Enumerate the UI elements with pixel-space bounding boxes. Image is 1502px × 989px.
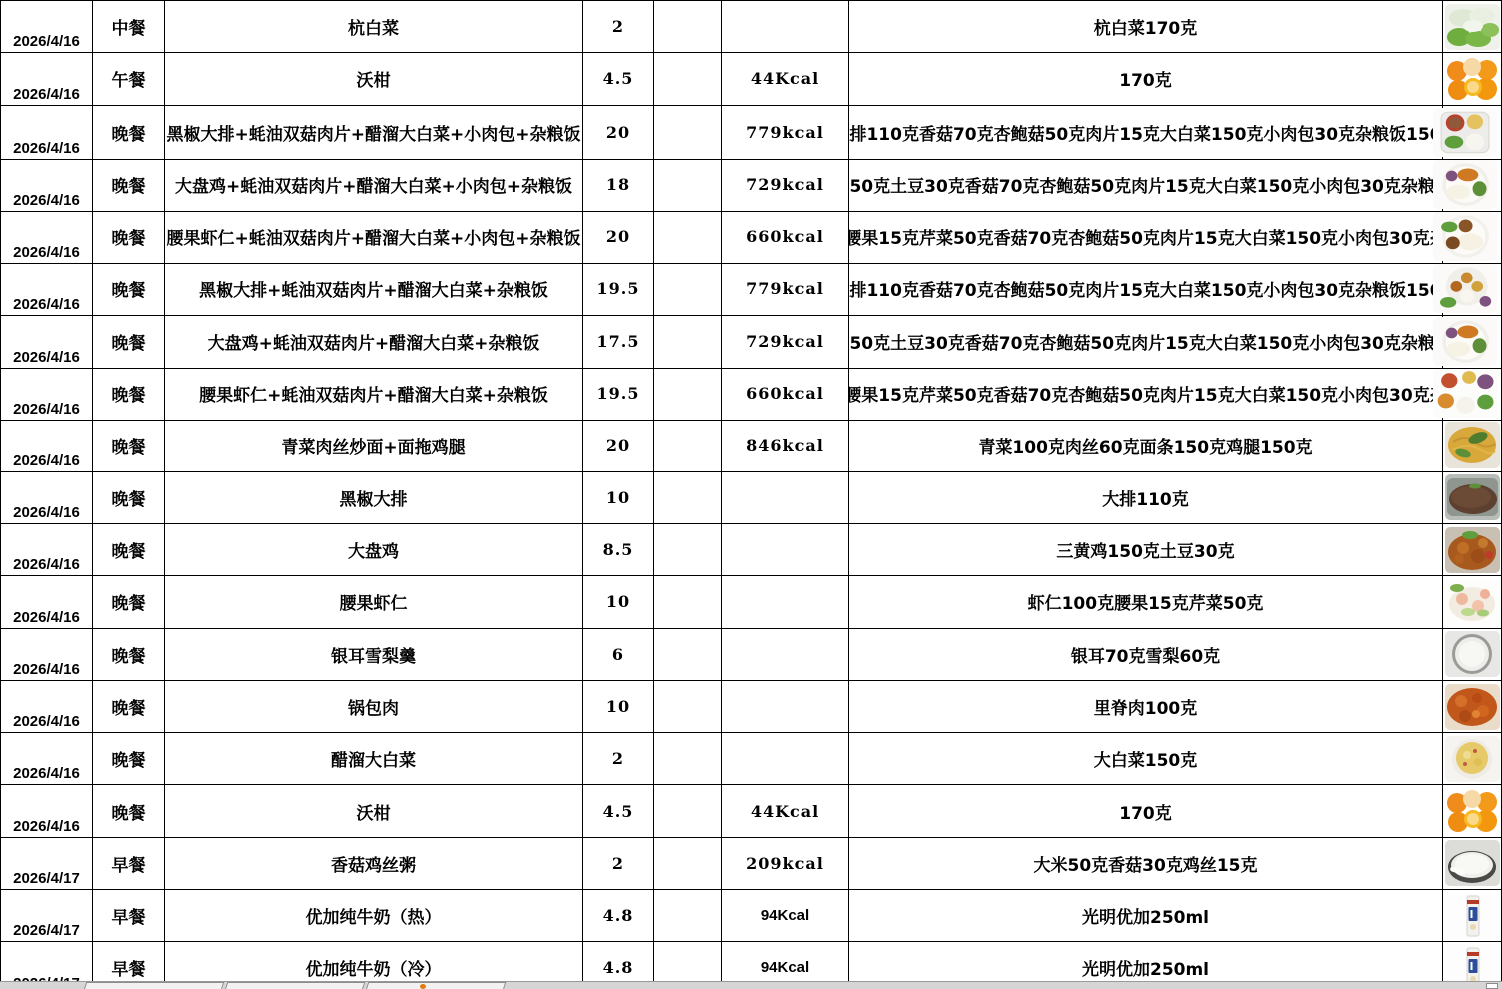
price-text: 4.5 xyxy=(603,69,634,88)
calories-cell[interactable]: 209kcal xyxy=(722,838,849,890)
ingredients-text: 大白菜150克 xyxy=(1094,746,1198,771)
photo-cell[interactable] xyxy=(1443,210,1502,264)
ingredients-cell[interactable]: 里脊肉100克 xyxy=(849,681,1443,733)
ingredients-text: 三黄鸡150克土豆30克香菇70克杏鲍菇50克肉片15克大白菜150克小肉包30… xyxy=(849,172,1443,197)
meal-type-text: 早餐 xyxy=(112,903,146,928)
ingredients-text: 大排110克 xyxy=(1102,485,1189,510)
photo-cell[interactable] xyxy=(1443,890,1502,942)
date-text: 2026/4/16 xyxy=(13,349,80,366)
ingredients-cell[interactable]: 虾仁100克腰果15克芹菜50克香菇70克杏鲍菇50克肉片15克大白菜150克小… xyxy=(849,210,1443,264)
calories-cell[interactable] xyxy=(722,733,849,785)
date-cell[interactable]: 2026/4/16 xyxy=(1,785,93,837)
price-cell[interactable]: 19.5 xyxy=(583,262,654,316)
photo-cell[interactable] xyxy=(1443,838,1502,890)
dish-name-cell[interactable]: 大盘鸡 xyxy=(165,524,583,576)
price-cell[interactable]: 2 xyxy=(583,733,654,785)
table-row: 2026/4/16 午餐 沃柑 4.5 44Kcal 170克 xyxy=(1,53,1502,105)
price-text: 4.5 xyxy=(603,802,634,821)
meal-type-text: 早餐 xyxy=(112,851,146,876)
meal-type-text: 晚餐 xyxy=(112,329,146,354)
date-cell[interactable]: 2026/4/16 xyxy=(1,210,93,264)
empty-cell[interactable] xyxy=(654,315,722,369)
ingredients-text: 里脊肉100克 xyxy=(1094,694,1198,719)
photo-cell[interactable] xyxy=(1443,53,1502,105)
calories-cell[interactable]: 660kcal xyxy=(722,210,849,264)
table-row: 2026/4/17 早餐 香菇鸡丝粥 2 209kcal 大米50克香菇30克鸡… xyxy=(1,838,1502,890)
sheet-tab[interactable] xyxy=(84,982,225,989)
table-row: 2026/4/16 晚餐 大盘鸡 8.5 三黄鸡150克土豆30克 xyxy=(1,524,1502,576)
date-text: 2026/4/16 xyxy=(13,765,80,782)
ingredients-cell[interactable]: 虾仁100克腰果15克芹菜50克香菇70克杏鲍菇50克肉片15克大白菜150克小… xyxy=(849,367,1443,421)
meal-type-text: 晚餐 xyxy=(112,276,146,301)
dish-name-text: 醋溜大白菜 xyxy=(331,746,416,771)
meal-type-cell[interactable]: 晚餐 xyxy=(93,681,165,733)
photo-cell[interactable] xyxy=(1443,681,1502,733)
dish-name-text: 优加纯牛奶（冷） xyxy=(306,955,442,980)
meal-type-text: 晚餐 xyxy=(112,694,146,719)
ingredients-text: 虾仁100克腰果15克芹菜50克 xyxy=(1028,589,1264,614)
dish-name-text: 青菜肉丝炒面+面拖鸡腿 xyxy=(281,433,465,458)
dish-name-cell[interactable]: 优加纯牛奶（热） xyxy=(165,890,583,942)
empty-cell[interactable] xyxy=(654,733,722,785)
dish-name-text: 杭白菜 xyxy=(348,14,399,39)
table-row: 2026/4/16 晚餐 银耳雪梨羹 6 银耳70克雪梨60克 xyxy=(1,629,1502,681)
table-row: 2026/4/16 晚餐 黑椒大排 10 大排110克 xyxy=(1,472,1502,524)
date-cell[interactable]: 2026/4/16 xyxy=(1,629,93,681)
calories-cell[interactable]: 44Kcal xyxy=(722,785,849,837)
scrollbar-corner[interactable] xyxy=(1486,983,1498,989)
calories-text: 660kcal xyxy=(746,227,824,246)
price-text: 10 xyxy=(606,697,630,716)
ingredients-cell[interactable]: 三黄鸡150克土豆30克香菇70克杏鲍菇50克肉片15克大白菜150克小肉包30… xyxy=(849,315,1443,369)
photo-cell[interactable] xyxy=(1443,158,1502,212)
calories-cell[interactable]: 846kcal xyxy=(722,419,849,471)
meal-type-text: 午餐 xyxy=(112,66,146,91)
food-photo-plate-rice[interactable] xyxy=(1433,160,1497,209)
meal-type-cell[interactable]: 晚餐 xyxy=(93,367,165,421)
dish-name-text: 沃柑 xyxy=(357,66,391,91)
photo-cell[interactable] xyxy=(1443,315,1502,369)
dish-name-text: 大盘鸡+蚝油双菇肉片+醋溜大白菜+杂粮饭 xyxy=(208,329,540,354)
ingredients-text: 虾仁100克腰果15克芹菜50克香菇70克杏鲍菇50克肉片15克大白菜150克小… xyxy=(849,224,1443,249)
dish-name-cell[interactable]: 大盘鸡+蚝油双菇肉片+醋溜大白菜+杂粮饭 xyxy=(165,315,583,369)
photo-cell[interactable] xyxy=(1443,367,1502,421)
meal-type-text: 晚餐 xyxy=(112,589,146,614)
ingredients-cell[interactable]: 大米50克香菇30克鸡丝15克 xyxy=(849,838,1443,890)
food-photo-oranges[interactable] xyxy=(1445,56,1500,102)
price-text: 17.5 xyxy=(597,332,640,351)
empty-cell[interactable] xyxy=(654,210,722,264)
dish-name-text: 腰果虾仁+蚝油双菇肉片+醋溜大白菜+小肉包+杂粮饭 xyxy=(167,224,581,249)
meal-type-cell[interactable]: 午餐 xyxy=(93,53,165,105)
price-text: 4.8 xyxy=(603,958,634,977)
dish-name-cell[interactable]: 锅包肉 xyxy=(165,681,583,733)
meal-type-cell[interactable]: 早餐 xyxy=(93,890,165,942)
food-photo-plate-patty[interactable] xyxy=(1433,212,1497,261)
price-cell[interactable]: 17.5 xyxy=(583,315,654,369)
empty-cell[interactable] xyxy=(654,367,722,421)
date-cell[interactable]: 2026/4/16 xyxy=(1,315,93,369)
date-cell[interactable]: 2026/4/16 xyxy=(1,733,93,785)
calories-cell[interactable] xyxy=(722,1,849,53)
table-row: 2026/4/16 晚餐 腰果虾仁+蚝油双菇肉片+醋溜大白菜+小肉包+杂粮饭 2… xyxy=(1,210,1502,262)
ingredients-text: 三黄鸡150克土豆30克 xyxy=(1056,537,1234,562)
price-cell[interactable]: 18 xyxy=(583,158,654,212)
price-text: 2 xyxy=(612,749,624,768)
ingredients-cell[interactable]: 三黄鸡150克土豆30克香菇70克杏鲍菇50克肉片15克大白菜150克小肉包30… xyxy=(849,158,1443,212)
empty-cell[interactable] xyxy=(654,106,722,160)
price-cell[interactable]: 4.5 xyxy=(583,53,654,105)
ingredients-text: 大排110克香菇70克杏鲍菇50克肉片15克大白菜150克小肉包30克杂粮饭15… xyxy=(849,276,1443,301)
dish-name-text: 大盘鸡 xyxy=(348,537,399,562)
calories-text: 209kcal xyxy=(746,854,824,873)
date-text: 2026/4/16 xyxy=(13,192,80,209)
ingredients-text: 170克 xyxy=(1119,66,1172,91)
calories-text: 779kcal xyxy=(746,123,824,142)
price-cell[interactable]: 10 xyxy=(583,472,654,524)
price-text: 8.5 xyxy=(603,540,634,559)
dish-name-cell[interactable]: 沃柑 xyxy=(165,53,583,105)
calories-cell[interactable] xyxy=(722,681,849,733)
calories-text: 94Kcal xyxy=(761,907,809,924)
date-cell[interactable]: 2026/4/16 xyxy=(1,524,93,576)
empty-cell[interactable] xyxy=(654,158,722,212)
photo-cell[interactable] xyxy=(1443,472,1502,524)
date-cell[interactable]: 2026/4/16 xyxy=(1,262,93,316)
calories-cell[interactable] xyxy=(722,524,849,576)
date-text: 2026/4/16 xyxy=(13,86,80,103)
ingredients-text: 大排110克香菇70克杏鲍菇50克肉片15克大白菜150克小肉包30克杂粮饭15… xyxy=(849,120,1443,145)
price-text: 6 xyxy=(612,645,624,664)
price-text: 20 xyxy=(606,436,630,455)
meal-type-text: 晚餐 xyxy=(112,433,146,458)
food-photo-bowl-set[interactable] xyxy=(1433,369,1497,418)
food-photo-bento-tray[interactable] xyxy=(1433,108,1497,157)
calories-cell[interactable]: 44Kcal xyxy=(722,53,849,105)
calories-cell[interactable]: 94Kcal xyxy=(722,890,849,942)
meal-type-cell[interactable]: 晚餐 xyxy=(93,524,165,576)
calories-cell[interactable]: 660kcal xyxy=(722,367,849,421)
table-row: 2026/4/16 中餐 杭白菜 2 杭白菜170克 xyxy=(1,1,1502,53)
meal-type-text: 晚餐 xyxy=(112,172,146,197)
dish-name-cell[interactable]: 大盘鸡+蚝油双菇肉片+醋溜大白菜+小肉包+杂粮饭 xyxy=(165,158,583,212)
date-text: 2026/4/17 xyxy=(13,922,80,939)
food-photo-fried-pork[interactable] xyxy=(1445,684,1500,730)
calories-cell[interactable] xyxy=(722,576,849,628)
date-text: 2026/4/16 xyxy=(13,33,80,50)
empty-cell[interactable] xyxy=(654,576,722,628)
meal-type-text: 晚餐 xyxy=(112,120,146,145)
date-cell[interactable]: 2026/4/17 xyxy=(1,838,93,890)
price-cell[interactable]: 10 xyxy=(583,576,654,628)
price-cell[interactable]: 19.5 xyxy=(583,367,654,421)
empty-cell[interactable] xyxy=(654,419,722,471)
price-cell[interactable]: 20 xyxy=(583,210,654,264)
table-row: 2026/4/16 晚餐 青菜肉丝炒面+面拖鸡腿 20 846kcal 青菜10… xyxy=(1,419,1502,471)
price-text: 20 xyxy=(606,227,630,246)
table-row: 2026/4/16 晚餐 腰果虾仁+蚝油双菇肉片+醋溜大白菜+杂粮饭 19.5 … xyxy=(1,367,1502,419)
empty-cell[interactable] xyxy=(654,785,722,837)
dish-name-text: 黑椒大排+蚝油双菇肉片+醋溜大白菜+小肉包+杂粮饭 xyxy=(167,120,581,145)
photo-cell[interactable] xyxy=(1443,785,1502,837)
empty-cell[interactable] xyxy=(654,890,722,942)
food-photo-plate-rice[interactable] xyxy=(1433,317,1497,366)
date-text: 2026/4/16 xyxy=(13,609,80,626)
food-photo-fungus-soup[interactable] xyxy=(1445,631,1500,677)
dish-name-cell[interactable]: 青菜肉丝炒面+面拖鸡腿 xyxy=(165,419,583,471)
food-photo-shrimp-celery[interactable] xyxy=(1445,579,1500,625)
empty-cell[interactable] xyxy=(654,262,722,316)
date-cell[interactable]: 2026/4/16 xyxy=(1,367,93,421)
calories-text: 660kcal xyxy=(746,384,824,403)
date-text: 2026/4/16 xyxy=(13,504,80,521)
calories-text: 44Kcal xyxy=(751,802,819,821)
dish-name-text: 优加纯牛奶（热） xyxy=(306,903,442,928)
empty-cell[interactable] xyxy=(654,53,722,105)
calories-cell[interactable]: 779kcal xyxy=(722,262,849,316)
ingredients-cell[interactable]: 青菜100克肉丝60克面条150克鸡腿150克 xyxy=(849,419,1443,471)
food-photo-noodles[interactable] xyxy=(1445,422,1500,468)
dish-name-text: 黑椒大排 xyxy=(340,485,408,510)
meal-type-cell[interactable]: 晚餐 xyxy=(93,262,165,316)
empty-cell[interactable] xyxy=(654,1,722,53)
meal-type-cell[interactable]: 晚餐 xyxy=(93,158,165,212)
calories-text: 779kcal xyxy=(746,279,824,298)
dish-name-cell[interactable]: 腰果虾仁 xyxy=(165,576,583,628)
table-row: 2026/4/16 晚餐 黑椒大排+蚝油双菇肉片+醋溜大白菜+小肉包+杂粮饭 2… xyxy=(1,106,1502,158)
ingredients-text: 三黄鸡150克土豆30克香菇70克杏鲍菇50克肉片15克大白菜150克小肉包30… xyxy=(849,329,1443,354)
meal-table: 2026/4/16 中餐 杭白菜 2 杭白菜170克 2026/4/16 午餐 … xyxy=(0,0,1502,989)
ingredients-cell[interactable]: 170克 xyxy=(849,785,1443,837)
meal-type-cell[interactable]: 晚餐 xyxy=(93,785,165,837)
ingredients-cell[interactable]: 银耳70克雪梨60克 xyxy=(849,629,1443,681)
price-text: 10 xyxy=(606,488,630,507)
price-cell[interactable]: 2 xyxy=(583,1,654,53)
food-photo-chicken-stirfry[interactable] xyxy=(1445,527,1500,573)
empty-cell[interactable] xyxy=(654,472,722,524)
date-text: 2026/4/16 xyxy=(13,296,80,313)
price-cell[interactable]: 20 xyxy=(583,419,654,471)
sheet-tab-accent-dot xyxy=(420,984,426,989)
table-row: 2026/4/16 晚餐 锅包肉 10 里脊肉100克 xyxy=(1,681,1502,733)
date-text: 2026/4/16 xyxy=(13,452,80,469)
price-text: 19.5 xyxy=(597,279,640,298)
date-text: 2026/4/16 xyxy=(13,401,80,418)
date-text: 2026/4/16 xyxy=(13,661,80,678)
price-cell[interactable]: 10 xyxy=(583,681,654,733)
dish-name-text: 锅包肉 xyxy=(348,694,399,719)
dish-name-cell[interactable]: 腰果虾仁+蚝油双菇肉片+醋溜大白菜+小肉包+杂粮饭 xyxy=(165,210,583,264)
sheet-tab[interactable] xyxy=(366,982,507,989)
ingredients-text: 170克 xyxy=(1119,799,1172,824)
ingredients-cell[interactable]: 170克 xyxy=(849,53,1443,105)
dish-name-cell[interactable]: 腰果虾仁+蚝油双菇肉片+醋溜大白菜+杂粮饭 xyxy=(165,367,583,421)
meal-type-cell[interactable]: 早餐 xyxy=(93,838,165,890)
ingredients-cell[interactable]: 虾仁100克腰果15克芹菜50克 xyxy=(849,576,1443,628)
sheet-tab[interactable] xyxy=(225,982,366,989)
empty-cell[interactable] xyxy=(654,838,722,890)
meal-type-cell[interactable]: 中餐 xyxy=(93,1,165,53)
date-text: 2026/4/16 xyxy=(13,244,80,261)
meal-type-cell[interactable]: 晚餐 xyxy=(93,419,165,471)
spreadsheet-view: 2026/4/16 中餐 杭白菜 2 杭白菜170克 2026/4/16 午餐 … xyxy=(0,0,1502,989)
ingredients-text: 青菜100克肉丝60克面条150克鸡腿150克 xyxy=(978,433,1312,458)
photo-cell[interactable] xyxy=(1443,106,1502,160)
dish-name-cell[interactable]: 黑椒大排+蚝油双菇肉片+醋溜大白菜+杂粮饭 xyxy=(165,262,583,316)
ingredients-text: 银耳70克雪梨60克 xyxy=(1071,642,1220,667)
date-cell[interactable]: 2026/4/16 xyxy=(1,158,93,212)
empty-cell[interactable] xyxy=(654,681,722,733)
meal-type-text: 晚餐 xyxy=(112,799,146,824)
food-photo-oranges[interactable] xyxy=(1445,788,1500,834)
table-row: 2026/4/17 早餐 优加纯牛奶（热） 4.8 94Kcal 光明优加250… xyxy=(1,890,1502,942)
table-row: 2026/4/16 晚餐 沃柑 4.5 44Kcal 170克 xyxy=(1,785,1502,837)
meal-type-text: 早餐 xyxy=(112,955,146,980)
ingredients-cell[interactable]: 大排110克香菇70克杏鲍菇50克肉片15克大白菜150克小肉包30克杂粮饭15… xyxy=(849,262,1443,316)
meal-type-text: 晚餐 xyxy=(112,746,146,771)
meal-type-text: 晚餐 xyxy=(112,224,146,249)
calories-text: 729kcal xyxy=(746,175,824,194)
empty-cell[interactable] xyxy=(654,629,722,681)
dish-name-cell[interactable]: 银耳雪梨羹 xyxy=(165,629,583,681)
date-text: 2026/4/17 xyxy=(13,870,80,887)
calories-text: 846kcal xyxy=(746,436,824,455)
date-cell[interactable]: 2026/4/17 xyxy=(1,890,93,942)
ingredients-text: 虾仁100克腰果15克芹菜50克香菇70克杏鲍菇50克肉片15克大白菜150克小… xyxy=(849,381,1443,406)
price-cell[interactable]: 4.8 xyxy=(583,890,654,942)
date-cell[interactable]: 2026/4/16 xyxy=(1,1,93,53)
calories-cell[interactable] xyxy=(722,629,849,681)
dish-name-cell[interactable]: 黑椒大排 xyxy=(165,472,583,524)
calories-text: 94Kcal xyxy=(761,959,809,976)
calories-text: 729kcal xyxy=(746,332,824,351)
ingredients-cell[interactable]: 大白菜150克 xyxy=(849,733,1443,785)
ingredients-cell[interactable]: 杭白菜170克 xyxy=(849,1,1443,53)
empty-cell[interactable] xyxy=(654,524,722,576)
photo-cell[interactable] xyxy=(1443,733,1502,785)
date-cell[interactable]: 2026/4/16 xyxy=(1,106,93,160)
meal-type-cell[interactable]: 晚餐 xyxy=(93,106,165,160)
dish-name-text: 腰果虾仁+蚝油双菇肉片+醋溜大白菜+杂粮饭 xyxy=(199,381,548,406)
ingredients-cell[interactable]: 光明优加250ml xyxy=(849,890,1443,942)
dish-name-text: 香菇鸡丝粥 xyxy=(331,851,416,876)
price-cell[interactable]: 20 xyxy=(583,106,654,160)
price-text: 2 xyxy=(612,17,624,36)
calories-cell[interactable]: 729kcal xyxy=(722,315,849,369)
calories-cell[interactable]: 729kcal xyxy=(722,158,849,212)
meal-type-text: 晚餐 xyxy=(112,485,146,510)
price-cell[interactable]: 4.5 xyxy=(583,785,654,837)
meal-type-cell[interactable]: 晚餐 xyxy=(93,629,165,681)
price-text: 18 xyxy=(606,175,630,194)
dish-name-cell[interactable]: 杭白菜 xyxy=(165,1,583,53)
photo-cell[interactable] xyxy=(1443,419,1502,471)
table-row: 2026/4/16 晚餐 大盘鸡+蚝油双菇肉片+醋溜大白菜+小肉包+杂粮饭 18… xyxy=(1,158,1502,210)
ingredients-text: 杭白菜170克 xyxy=(1094,14,1198,39)
calories-cell[interactable] xyxy=(722,472,849,524)
price-text: 19.5 xyxy=(597,384,640,403)
dish-name-text: 沃柑 xyxy=(357,799,391,824)
dish-name-cell[interactable]: 黑椒大排+蚝油双菇肉片+醋溜大白菜+小肉包+杂粮饭 xyxy=(165,106,583,160)
meal-type-cell[interactable]: 晚餐 xyxy=(93,315,165,369)
price-cell[interactable]: 6 xyxy=(583,629,654,681)
calories-text: 44Kcal xyxy=(751,69,819,88)
ingredients-text: 光明优加250ml xyxy=(1082,955,1209,980)
food-photo-napa-cabbage[interactable] xyxy=(1445,4,1500,50)
date-text: 2026/4/16 xyxy=(13,713,80,730)
date-text: 2026/4/16 xyxy=(13,556,80,573)
date-cell[interactable]: 2026/4/16 xyxy=(1,472,93,524)
dish-name-cell[interactable]: 香菇鸡丝粥 xyxy=(165,838,583,890)
photo-cell[interactable] xyxy=(1443,576,1502,628)
photo-cell[interactable] xyxy=(1443,629,1502,681)
photo-cell[interactable] xyxy=(1443,262,1502,316)
table-row: 2026/4/16 晚餐 大盘鸡+蚝油双菇肉片+醋溜大白菜+杂粮饭 17.5 7… xyxy=(1,315,1502,367)
ingredients-text: 光明优加250ml xyxy=(1082,903,1209,928)
photo-cell[interactable] xyxy=(1443,1,1502,53)
date-cell[interactable]: 2026/4/16 xyxy=(1,419,93,471)
food-photo-porridge[interactable] xyxy=(1445,840,1500,886)
meal-type-cell[interactable]: 晚餐 xyxy=(93,576,165,628)
table-row: 2026/4/16 晚餐 黑椒大排+蚝油双菇肉片+醋溜大白菜+杂粮饭 19.5 … xyxy=(1,262,1502,314)
dish-name-text: 大盘鸡+蚝油双菇肉片+醋溜大白菜+小肉包+杂粮饭 xyxy=(175,172,572,197)
meal-type-text: 中餐 xyxy=(112,14,146,39)
table-row: 2026/4/16 晚餐 醋溜大白菜 2 大白菜150克 xyxy=(1,733,1502,785)
sheet-tab-strip xyxy=(0,981,1502,989)
food-photo-cabbage-bowl[interactable] xyxy=(1445,736,1500,782)
price-cell[interactable]: 2 xyxy=(583,838,654,890)
table-row: 2026/4/16 晚餐 腰果虾仁 10 虾仁100克腰果15克芹菜50克 xyxy=(1,576,1502,628)
date-cell[interactable]: 2026/4/16 xyxy=(1,681,93,733)
photo-cell[interactable] xyxy=(1443,524,1502,576)
dish-name-cell[interactable]: 醋溜大白菜 xyxy=(165,733,583,785)
meal-type-text: 晚餐 xyxy=(112,537,146,562)
price-text: 10 xyxy=(606,592,630,611)
price-text: 4.8 xyxy=(603,906,634,925)
meal-type-text: 晚餐 xyxy=(112,381,146,406)
price-text: 20 xyxy=(606,123,630,142)
price-cell[interactable]: 8.5 xyxy=(583,524,654,576)
meal-type-cell[interactable]: 晚餐 xyxy=(93,733,165,785)
food-photo-milk-carton[interactable] xyxy=(1445,893,1500,939)
food-photo-steak[interactable] xyxy=(1445,474,1500,520)
meal-type-text: 晚餐 xyxy=(112,642,146,667)
dish-name-text: 腰果虾仁 xyxy=(340,589,408,614)
calories-cell[interactable]: 779kcal xyxy=(722,106,849,160)
food-photo-plate-sections[interactable] xyxy=(1433,264,1497,313)
ingredients-cell[interactable]: 三黄鸡150克土豆30克 xyxy=(849,524,1443,576)
dish-name-cell[interactable]: 沃柑 xyxy=(165,785,583,837)
ingredients-cell[interactable]: 大排110克香菇70克杏鲍菇50克肉片15克大白菜150克小肉包30克杂粮饭15… xyxy=(849,106,1443,160)
ingredients-text: 大米50克香菇30克鸡丝15克 xyxy=(1034,851,1258,876)
date-text: 2026/4/16 xyxy=(13,140,80,157)
dish-name-text: 黑椒大排+蚝油双菇肉片+醋溜大白菜+杂粮饭 xyxy=(199,276,548,301)
date-cell[interactable]: 2026/4/16 xyxy=(1,576,93,628)
price-text: 2 xyxy=(612,854,624,873)
meal-type-cell[interactable]: 晚餐 xyxy=(93,472,165,524)
date-cell[interactable]: 2026/4/16 xyxy=(1,53,93,105)
ingredients-cell[interactable]: 大排110克 xyxy=(849,472,1443,524)
date-text: 2026/4/16 xyxy=(13,818,80,835)
dish-name-text: 银耳雪梨羹 xyxy=(331,642,416,667)
meal-type-cell[interactable]: 晚餐 xyxy=(93,210,165,264)
